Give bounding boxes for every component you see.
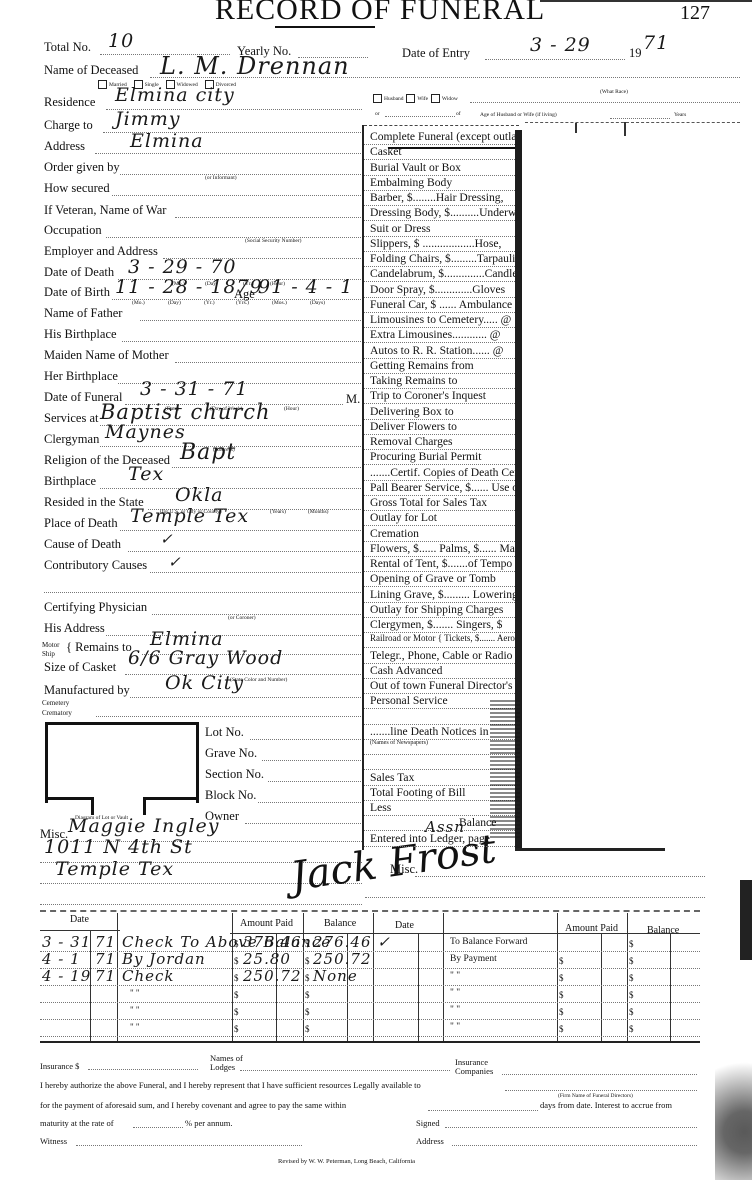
funeral-m-label: M. [346, 392, 360, 407]
lodges-label: Lodges [210, 1062, 235, 1072]
date-of-birth-label: Date of Birth [44, 285, 110, 300]
contributory-causes-label: Contributory Causes [44, 558, 147, 573]
date-of-entry-line [485, 59, 625, 60]
charge-item: Getting Remains from [370, 359, 474, 372]
lot-diagram-edge [45, 797, 93, 800]
husband-label: Husband [384, 96, 404, 102]
charge-item: Burial Vault or Box [370, 161, 461, 174]
column-tick [575, 123, 577, 133]
ledger-col [117, 913, 118, 1043]
residence-unit-months: (Months) [308, 509, 328, 515]
less-value[interactable]: Assn [425, 818, 465, 836]
ledger-row-line [375, 1019, 700, 1020]
ledger-right-date-header: Date [395, 920, 414, 931]
grave-no-label: Grave No. [205, 746, 257, 761]
ledger-right-description: To Balance Forward [450, 937, 527, 947]
birthplace-value[interactable]: Tex [128, 463, 164, 485]
charge-item: Deliver Flowers to [370, 420, 457, 433]
ledger-date[interactable]: 4 - 19 [42, 967, 91, 985]
birth-unit-yrs: (Yrs.) [236, 300, 249, 306]
field-line [245, 823, 361, 824]
misc-right-line [415, 876, 705, 877]
charge-item: Outlay for Lot [370, 511, 437, 524]
contributory-causes-value[interactable]: ✓ [168, 553, 182, 571]
ledger-description: " " [130, 1005, 140, 1015]
currency-sign: $ [629, 973, 634, 983]
field-line [122, 341, 361, 342]
date-of-funeral-value[interactable]: 3 - 31 - 71 [140, 378, 248, 400]
charge-item: Trip to Coroner's Inquest [370, 389, 486, 402]
ledger-amount-header: Amount Paid [240, 918, 293, 929]
days-text: days from date. Interest to accrue from [540, 1100, 672, 1110]
field-line [130, 697, 361, 698]
charge-item: Candelabrum, $..............Candles [370, 267, 519, 280]
charge-item: Funeral Car, $ ...... Ambulance [370, 298, 512, 311]
ledger-year[interactable]: 71 [95, 933, 116, 951]
authorize-text: I hereby authorize the above Funeral, an… [40, 1080, 421, 1090]
ledger-balance[interactable]: 250.72 [313, 950, 372, 968]
cause-of-death-value[interactable]: ✓ [160, 530, 174, 548]
manufactured-by-label: Manufactured by [44, 683, 130, 698]
charge-item: Taking Remains to [370, 374, 457, 387]
field-line [175, 217, 361, 218]
ledger-year[interactable]: 71 [95, 950, 116, 968]
date-of-death-value[interactable]: 3 - 29 - 70 [128, 256, 236, 278]
page-number: 127 [680, 2, 710, 25]
witness-line[interactable] [76, 1145, 302, 1146]
charge-item: Telegr., Phone, Cable or Radio [370, 649, 512, 662]
services-at-label: Services at [44, 411, 99, 426]
charge-item: Barber, $........Hair Dressing, [370, 191, 503, 204]
social-security-note: (Social Security Number) [245, 238, 302, 244]
charge-to-label: Charge to [44, 118, 93, 133]
currency-sign: $ [305, 1007, 310, 1017]
signed-label: Signed [416, 1118, 440, 1128]
currency-sign: $ [305, 939, 310, 949]
resided-in-state-value[interactable]: Okla [175, 484, 224, 506]
ledger-right-description: " " [450, 971, 460, 981]
ledger-date[interactable]: 4 - 1 [42, 950, 81, 968]
name-of-deceased-value[interactable]: L. M. Drennan [160, 52, 350, 80]
scan-noise-corner [715, 1020, 752, 1180]
funeral-unit-hour: (Hour) [284, 406, 299, 412]
field-line [95, 153, 361, 154]
misc-line-1[interactable]: Maggie Ingley [68, 815, 219, 837]
ledger-amount[interactable]: 376.46 [243, 933, 302, 951]
wife-checkbox[interactable] [406, 94, 415, 103]
date-of-entry-label: Date of Entry [402, 46, 470, 61]
ledger-col [443, 913, 444, 1043]
section-no-label: Section No. [205, 767, 264, 782]
charge-item: Procuring Burial Permit [370, 450, 481, 463]
charge-item: Slippers, $ ..................Hose, [370, 237, 501, 250]
charge-item: Outlay for Shipping Charges [370, 603, 503, 616]
field-line [120, 174, 361, 175]
charge-item-line [364, 846, 519, 847]
total-no-value[interactable]: 10 [108, 30, 134, 52]
lodges-line [240, 1070, 450, 1071]
ledger-right-balance-header: Balance [647, 925, 679, 936]
religion-value[interactable]: Bapt [180, 440, 236, 465]
misc-line [40, 904, 362, 905]
what-race-label: (What Race) [600, 89, 628, 95]
race-line [470, 102, 740, 103]
charge-item: Suit or Dress [370, 222, 431, 235]
field-line [140, 320, 361, 321]
crematory-label: Crematory [42, 709, 72, 717]
lot-diagram-edge [145, 797, 196, 800]
currency-sign: $ [559, 956, 564, 966]
currency-sign: $ [305, 973, 310, 983]
of-label: of [456, 111, 461, 117]
charge-item: Personal Service [370, 694, 448, 707]
payment-ledger: Date Amount Paid Balance Date Amount Pai… [40, 913, 700, 1043]
charge-item: Dressing Body, $..........Underwear [370, 206, 519, 219]
panel-bottom-border [515, 848, 665, 851]
cause-of-death-label: Cause of Death [44, 537, 121, 552]
residence-value[interactable]: Elmina city [115, 84, 235, 106]
currency-sign: $ [234, 990, 239, 1000]
occupation-label: Occupation [44, 223, 102, 238]
date-of-death-label: Date of Death [44, 265, 114, 280]
misc-right-line [365, 897, 705, 898]
lot-diagram-leg [143, 797, 146, 815]
ledger-description[interactable]: Check [122, 967, 175, 985]
insurance-label: Insurance $ [40, 1061, 79, 1071]
currency-sign: $ [234, 973, 239, 983]
currency-sign: $ [559, 990, 564, 1000]
ledger-balance[interactable]: 276.46 ✓ [313, 933, 391, 951]
charge-item: Clergymen, $....... Singers, $ [370, 618, 502, 631]
address-line-footer[interactable] [452, 1145, 697, 1146]
widow-label: Widow [442, 96, 458, 102]
total-no-label: Total No. [44, 40, 91, 55]
ledger-row-line [375, 951, 700, 952]
complete-funeral-underline [388, 147, 516, 149]
size-of-casket-value[interactable]: 6/6 Gray Wood [128, 647, 283, 669]
currency-sign: $ [234, 1007, 239, 1017]
married-checkbox[interactable] [98, 80, 107, 89]
charge-item: Gross Total for Sales Tax [370, 496, 487, 509]
spouse-options: Husband Wife Widow [373, 94, 458, 103]
year-prefix: 19 [629, 46, 642, 61]
birth-unit-mos: (Mos.) [272, 300, 287, 306]
ledger-right-description: " " [450, 1022, 460, 1032]
ledger-row-line [375, 985, 700, 986]
ledger-right-description: " " [450, 1005, 460, 1015]
ledger-description: " " [130, 1022, 140, 1032]
currency-sign: $ [305, 990, 310, 1000]
certifying-physician-label: Certifying Physician [44, 600, 147, 615]
ledger-description[interactable]: By Jordan [122, 950, 206, 968]
scan-noise [490, 700, 520, 840]
scan-edge [740, 880, 752, 960]
husband-checkbox[interactable] [373, 94, 382, 103]
size-of-casket-label: Size of Casket [44, 660, 116, 675]
currency-sign: $ [629, 939, 634, 949]
his-address-label: His Address [44, 621, 105, 636]
how-secured-label: How secured [44, 181, 110, 196]
charge-item: .......Certif. Copies of Death Cert [370, 466, 519, 479]
firm-name-note: (Firm Name of Funeral Directors) [558, 1093, 633, 1099]
firm-line [505, 1090, 697, 1091]
currency-sign: $ [629, 1024, 634, 1034]
currency-sign: $ [305, 956, 310, 966]
ledger-row-line [375, 968, 700, 969]
ledger-year[interactable]: 71 [95, 967, 116, 985]
order-given-by-label: Order given by [44, 160, 120, 175]
charge-item: Folding Chairs, $.........Tarpaulin [370, 252, 519, 265]
name-of-deceased-label: Name of Deceased [44, 63, 138, 78]
days-line [428, 1110, 538, 1111]
companies-line [502, 1074, 697, 1075]
charge-item: Autos to R. R. Station...... @ [370, 344, 503, 357]
remains-to-label: { Remains to [66, 640, 132, 655]
field-line [128, 551, 361, 552]
field-line [258, 802, 361, 803]
ledger-balance-header: Balance [324, 918, 356, 929]
ledger-rule [40, 930, 120, 931]
birth-unit-yr: (Yr.) [204, 300, 215, 306]
ledger-row-line [375, 1002, 700, 1003]
field-line [106, 635, 361, 636]
address-value[interactable]: Elmina [130, 130, 204, 152]
ledger-right-description: " " [450, 988, 460, 998]
witness-label: Witness [40, 1136, 67, 1146]
field-line [150, 572, 361, 573]
ledger-col [557, 913, 558, 1043]
ship-label: Ship [42, 650, 55, 658]
currency-sign: $ [629, 990, 634, 1000]
birth-unit-mo: (Mo.) [132, 300, 145, 306]
charge-item: Lining Grave, $......... Lowering [370, 588, 518, 601]
charge-item: Out of town Funeral Director's [370, 679, 512, 692]
charge-item: Flowers, $...... Palms, $...... Markers [370, 542, 519, 555]
or-line [385, 116, 455, 117]
field-line [120, 530, 361, 531]
currency-sign: $ [234, 1024, 239, 1034]
ledger-amount[interactable]: 250.72 [243, 967, 302, 985]
ledger-col [601, 933, 602, 1043]
misc-line-2[interactable]: 1011 N 4th St [44, 836, 193, 858]
title-underline [275, 26, 375, 28]
his-birthplace-label: His Birthplace [44, 327, 117, 342]
currency-sign: $ [559, 1007, 564, 1017]
name-of-father-label: Name of Father [44, 306, 122, 321]
currency-sign: $ [629, 1007, 634, 1017]
ledger-bottom-rule [40, 1041, 700, 1043]
year-value[interactable]: 71 [643, 32, 669, 54]
field-line [175, 362, 361, 363]
field-line [250, 739, 361, 740]
lot-no-label: Lot No. [205, 725, 244, 740]
currency-sign: $ [234, 956, 239, 966]
panel-top-border [364, 125, 519, 126]
currency-sign: $ [559, 973, 564, 983]
birth-unit-day: (Day) [168, 300, 181, 306]
block-no-label: Block No. [205, 788, 256, 803]
charge-item: Cash Advanced [370, 664, 442, 677]
payment-text: for the payment of aforesaid sum, and I … [40, 1100, 346, 1110]
date-of-entry-value[interactable]: 3 - 29 [530, 34, 591, 56]
birthplace-label: Birthplace [44, 474, 96, 489]
charge-item: Embalming Body [370, 176, 452, 189]
residence-label: Residence [44, 95, 95, 110]
ledger-amount[interactable]: 25.80 [243, 950, 291, 968]
charge-item: (Names of Newspapers) [370, 740, 428, 746]
or-label: or [375, 111, 380, 117]
place-of-death-value[interactable]: Temple Tex [130, 505, 249, 527]
field-line [44, 592, 361, 593]
charge-item: Total Footing of Bill [370, 786, 465, 799]
currency-sign: $ [305, 1024, 310, 1034]
ledger-col [627, 913, 628, 1043]
age-value[interactable]: 91 - 4 - 1 [258, 276, 353, 298]
her-birthplace-label: Her Birthplace [44, 369, 118, 384]
page-title: RECORD OF FUNERAL [210, 0, 550, 22]
charge-item: Pall Bearer Service, $...... Use of [370, 481, 519, 494]
rate-line [133, 1127, 183, 1128]
or-informant-note: (or Informant) [205, 175, 237, 181]
ledger-right-description: By Payment [450, 954, 497, 964]
charge-item: Less [370, 801, 391, 814]
misc-line-3[interactable]: Temple Tex [55, 858, 174, 880]
revised-by-credit: Revised by W. W. Peterman, Long Beach, C… [278, 1158, 415, 1165]
currency-sign: $ [234, 939, 239, 949]
manufactured-by-value[interactable]: Ok City [165, 672, 244, 694]
charge-item: Railroad or Motor { Tickets, $....... Ae… [370, 633, 519, 643]
field-line [100, 488, 361, 489]
veteran-label: If Veteran, Name of War [44, 203, 166, 218]
charge-to-value[interactable]: Jimmy [115, 108, 180, 130]
ledger-col [418, 933, 419, 1043]
lot-diagram-box [45, 722, 199, 803]
ledger-col [670, 933, 671, 1043]
ledger-date[interactable]: 3 - 31 [42, 933, 91, 951]
charge-item: Removal Charges [370, 435, 453, 448]
charge-item: Door Spray, $.............Gloves [370, 283, 505, 296]
resided-in-state-label: Resided in the State [44, 495, 144, 510]
residence-unit-years: (Years) [270, 509, 286, 515]
ledger-row-line [375, 1036, 700, 1037]
widow-checkbox[interactable] [431, 94, 440, 103]
charge-item: Cremation [370, 527, 419, 540]
field-line [106, 237, 361, 238]
charge-item: Limousines to Cemetery..... @ [370, 313, 511, 326]
address-label-footer: Address [416, 1136, 444, 1146]
maturity-text: maturity at the rate of [40, 1118, 114, 1128]
field-line [112, 195, 361, 196]
scan-edge-line [540, 0, 752, 2]
clergyman-label: Clergyman [44, 432, 99, 447]
charge-item: Rental of Tent, $.......of Tempo [370, 557, 512, 570]
charge-item: Complete Funeral (except outlays [370, 130, 519, 143]
field-line [152, 614, 361, 615]
insurance-line [88, 1069, 198, 1070]
wife-label: Wife [417, 96, 428, 102]
signed-line[interactable] [445, 1127, 697, 1128]
companies-label: Companies [455, 1066, 493, 1076]
per-annum-text: % per annum. [185, 1118, 232, 1128]
years-label: Years [674, 112, 686, 118]
field-line [172, 467, 361, 468]
currency-sign: $ [559, 1024, 564, 1034]
charge-item: Extra Limousines............ @ [370, 328, 500, 341]
currency-sign: $ [629, 956, 634, 966]
misc-right-label: Misc. [390, 862, 418, 877]
column-tick [624, 122, 626, 136]
field-line [262, 760, 361, 761]
age-spouse-line [610, 118, 670, 119]
clergyman-value[interactable]: Maynes [105, 421, 186, 443]
or-coroner-note: (or Coroner) [228, 615, 256, 621]
place-of-death-label: Place of Death [44, 516, 118, 531]
maiden-name-mother-label: Maiden Name of Mother [44, 348, 169, 363]
motor-label: Motor [42, 641, 60, 649]
charge-item: Delivering Box to [370, 405, 454, 418]
remains-to-text: Remains to [75, 640, 132, 654]
ledger-top-border [40, 910, 700, 912]
ledger-date-header: Date [70, 914, 89, 925]
panel-top-dash [525, 122, 740, 123]
charge-item: Sales Tax [370, 771, 414, 784]
address-label: Address [44, 139, 85, 154]
charge-item: .......line Death Notices in [370, 725, 489, 738]
ledger-description: " " [130, 988, 140, 998]
birth-unit-days: (Days) [310, 300, 325, 306]
age-of-spouse-label: Age of Husband or Wife (if living) [480, 112, 557, 118]
lot-diagram-leg [91, 797, 94, 815]
ledger-balance[interactable]: None [313, 967, 358, 985]
charge-item: Opening of Grave or Tomb [370, 572, 496, 585]
field-line [96, 716, 361, 717]
field-line [268, 781, 361, 782]
cemetery-label: Cemetery [42, 699, 69, 707]
